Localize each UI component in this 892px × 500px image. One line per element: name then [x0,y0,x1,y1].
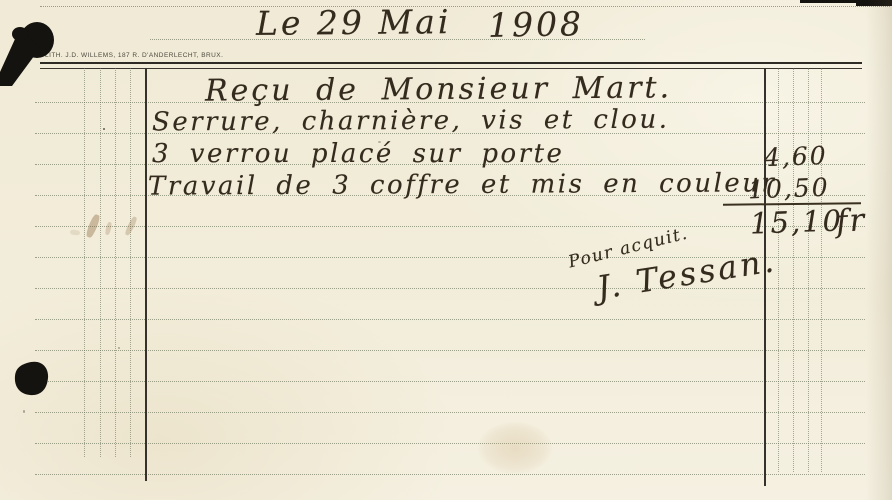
left-column-rule [115,68,116,457]
paper-edge-shadow [866,0,892,500]
amount-column-rule [821,68,822,472]
ruled-line [35,474,865,475]
ruled-line [35,443,865,444]
receipt-paper: Le 29 Mai 1908 Lith. J.D. Willems, 187 r… [0,0,892,500]
date-year: 1908 [488,4,585,45]
ruled-line [35,288,865,289]
ruled-line [35,412,865,413]
receipt-line-1: Serrure, charnière, vis et clou. [152,105,670,138]
top-dotted-rule [40,6,890,7]
amount-column-rule [778,68,779,472]
ink-smudge [105,222,113,236]
ink-blot-top-left-icon [0,12,62,90]
left-margin-line [145,68,147,481]
printer-credit: Lith. J.D. Willems, 187 r. d'Anderlecht,… [45,52,223,59]
left-column-rule [100,68,101,457]
header-double-rule [40,62,862,69]
receipt-title: Reçu de Monsieur Mart. [205,70,672,108]
left-column-rule [84,68,85,457]
ruled-line [35,226,865,227]
paper-stain [478,422,552,474]
amount-column-rule [808,68,809,472]
amount-column-rule [793,68,794,472]
ink-smudge [70,229,81,235]
amount-line-3: 10,50 [748,173,831,205]
paper-speck [378,141,381,143]
total-value: 15,10 [749,203,843,240]
paper-speck [103,128,105,130]
receipt-line-3: Travail de 3 coffre et mis en couleur [148,168,777,201]
left-column-rule [130,68,131,457]
ruled-line [35,381,865,382]
total-currency: fr [835,202,868,240]
date-day-month: Le 29 Mai [256,2,452,43]
ink-blot-left-icon [12,360,52,400]
paper-speck [23,410,25,413]
receipt-line-2: 3 verrou placé sur porte [152,139,564,169]
ruled-line [35,350,865,351]
paper-speck [118,347,120,349]
ruled-line [35,319,865,320]
